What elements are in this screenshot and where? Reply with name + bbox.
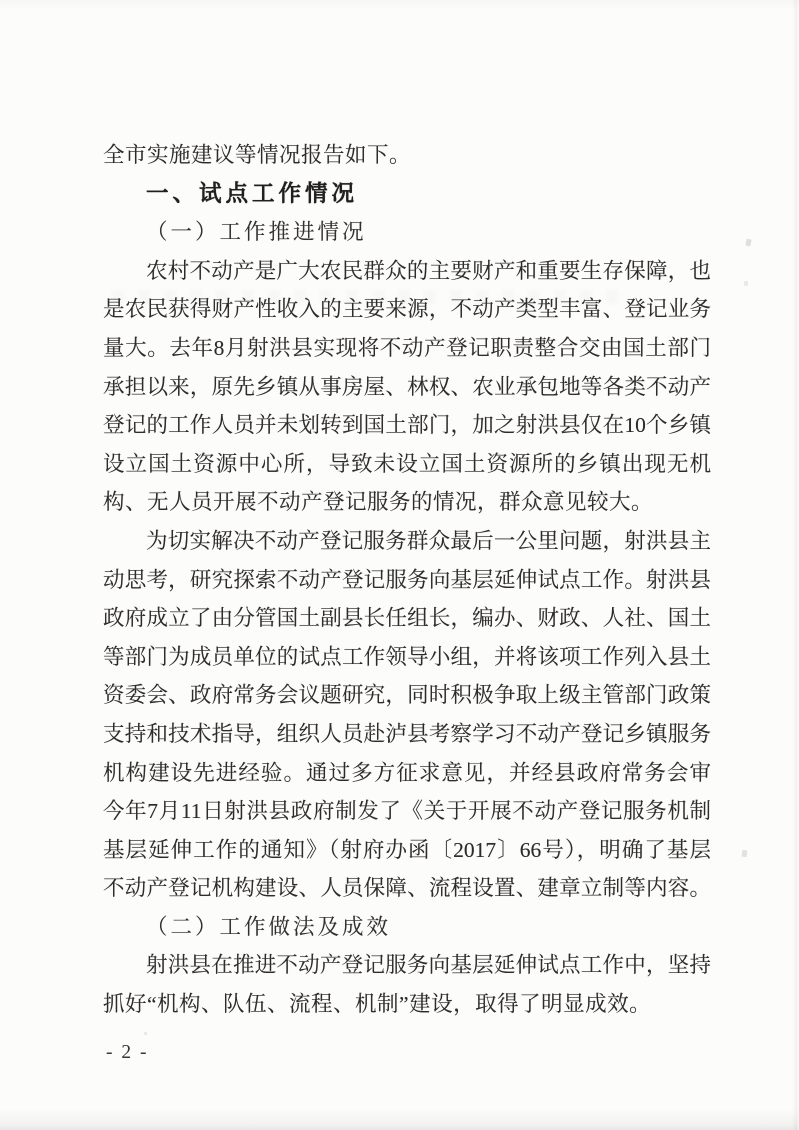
scanned-page: 全市实施建议等情况报告如下。 一、试点工作情况 （一）工作推进情况 农村不动产是… <box>0 0 799 1130</box>
scan-speck <box>744 281 748 286</box>
text-line: 量大。去年8月射洪县实现将不动产登记职责整合交由国土部门 <box>103 329 711 368</box>
text-line: 政府成立了由分管国土副县长任组长，编办、财政、人社、国土 <box>103 599 711 638</box>
text-line: 等部门为成员单位的试点工作领导小组，并将该项工作列入县土 <box>103 638 711 677</box>
page-edge-shadow <box>792 0 799 1130</box>
text-line: 抓好“机构、队伍、流程、机制”建设，取得了明显成效。 <box>103 985 711 1024</box>
scan-speck <box>144 1032 147 1035</box>
text-line: 设立国土资源中心所，导致未设立国土资源所的乡镇出现无机 <box>103 445 711 484</box>
text-line: 动思考，研究探索不动产登记服务向基层延伸试点工作。射洪县 <box>103 561 711 600</box>
document-body: 全市实施建议等情况报告如下。 一、试点工作情况 （一）工作推进情况 农村不动产是… <box>103 136 711 1024</box>
text-line: 支持和技术指导，组织人员赴泸县考察学习不动产登记乡镇服务 <box>103 715 711 754</box>
scan-smudge <box>112 290 632 304</box>
text-line: 农村不动产是广大农民群众的主要财产和重要生存保障，也 <box>103 252 711 291</box>
page-number: - 2 - <box>106 1038 149 1068</box>
text-line: 基层延伸工作的通知》（射府办函〔2017〕66号），明确了基层 <box>103 831 711 870</box>
scan-speck <box>745 239 751 247</box>
text-line: 为切实解决不动产登记服务群众最后一公里问题，射洪县主 <box>103 522 711 561</box>
text-line: 构、无人员开展不动产登记服务的情况，群众意见较大。 <box>103 483 711 522</box>
text-line: 承担以来，原先乡镇从事房屋、林权、农业承包地等各类不动产 <box>103 368 711 407</box>
subsection-heading-2: （二）工作做法及成效 <box>103 908 711 947</box>
text-line: 资委会、政府常务会议题研究，同时积极争取上级主管部门政策 <box>103 676 711 715</box>
scan-speck <box>742 850 748 858</box>
text-line: 射洪县在推进不动产登记服务向基层延伸试点工作中，坚持 <box>103 946 711 985</box>
text-line: 不动产登记机构建设、人员保障、流程设置、建章立制等内容。 <box>103 869 711 908</box>
text-line: 登记的工作人员并未划转到国土部门，加之射洪县仅在10个乡镇 <box>103 406 711 445</box>
text-line: 今年7月11日射洪县政府制发了《关于开展不动产登记服务机制向 <box>103 792 711 831</box>
subsection-heading-1: （一）工作推进情况 <box>103 213 711 252</box>
text-line: 全市实施建议等情况报告如下。 <box>103 136 711 175</box>
section-heading-1: 一、试点工作情况 <box>103 175 711 214</box>
text-line: 机构建设先进经验。通过多方征求意见，并经县政府常务会审定， <box>103 754 711 793</box>
